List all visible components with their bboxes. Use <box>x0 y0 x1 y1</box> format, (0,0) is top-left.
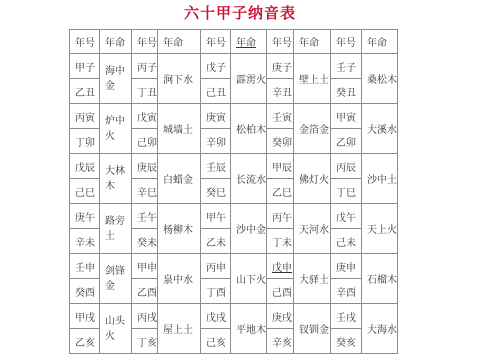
nayin-cell: 杨柳木 <box>158 204 201 254</box>
year-cell: 丁未 <box>267 229 294 254</box>
year-cell: 乙亥 <box>70 329 100 354</box>
year-cell: 戊寅 <box>132 104 158 129</box>
nayin-cell: 大溪水 <box>362 104 398 154</box>
nayin-cell: 大海水 <box>362 304 398 354</box>
nayin-text-line1: 剑锋 <box>105 266 125 277</box>
nayin-text-line1: 路旁 <box>105 216 125 227</box>
nayin-cell: 桑松木 <box>362 54 398 104</box>
year-cell: 辛酉 <box>331 279 362 304</box>
nayin-cell: 长流水 <box>231 154 267 204</box>
year-cell: 丁亥 <box>132 329 158 354</box>
year-cell: 己丑 <box>201 79 231 104</box>
nayin-cell: 壁上土 <box>294 54 331 104</box>
nayin-cell: 路旁土 <box>100 204 132 254</box>
nayin-text-line1: 炉中 <box>105 116 125 127</box>
year-cell: 己卯 <box>132 129 158 154</box>
nayin-cell: 屋上土 <box>158 304 201 354</box>
year-cell: 丁酉 <box>201 279 231 304</box>
nayin-cell: 霹雳火 <box>231 54 267 104</box>
year-cell: 辛卯 <box>201 129 231 154</box>
nayin-text-line2: 土 <box>105 231 115 242</box>
table-row: 丙寅炉中火戊寅城墙土庚寅松柏木壬寅金箔金甲寅大溪水 <box>70 104 398 129</box>
table-row: 壬申剑锋金甲申泉中水丙申山下火戊申大驿土庚申石榴木 <box>70 254 398 279</box>
year-cell: 庚辰 <box>132 154 158 179</box>
year-cell: 乙丑 <box>70 79 100 104</box>
year-cell: 甲戌 <box>70 304 100 329</box>
nayin-cell: 大林木 <box>100 154 132 204</box>
year-cell: 戊申 <box>267 254 294 279</box>
page-title: 六十甲子纳音表 <box>0 2 480 23</box>
nayin-cell: 沙中土 <box>362 154 398 204</box>
year-cell: 乙卯 <box>331 129 362 154</box>
year-cell: 辛未 <box>70 229 100 254</box>
nayin-text-line1: 海中 <box>105 66 125 77</box>
nayin-cell: 剑锋金 <box>100 254 132 304</box>
year-cell: 癸丑 <box>331 79 362 104</box>
year-cell: 己未 <box>331 229 362 254</box>
year-cell: 壬辰 <box>201 154 231 179</box>
nayin-cell: 石榴木 <box>362 254 398 304</box>
nayin-cell: 沙中金 <box>231 204 267 254</box>
year-cell: 丁巳 <box>331 179 362 204</box>
year-cell: 戊子 <box>201 54 231 79</box>
year-cell: 己巳 <box>70 179 100 204</box>
year-cell: 壬寅 <box>267 104 294 129</box>
nayin-cell: 山下火 <box>231 254 267 304</box>
nayin-cell: 泉中水 <box>158 254 201 304</box>
nayin-cell: 钗钏金 <box>294 304 331 354</box>
year-cell: 癸未 <box>132 229 158 254</box>
nayin-cell: 山头火 <box>100 304 132 354</box>
nayin-text-line2: 金 <box>105 281 115 292</box>
nayin-text-line2: 木 <box>105 181 115 192</box>
nayin-table: 年号 年命 年号 年命 年号 年命 年号 年命 年号 年命 甲子海中金丙子涧下水… <box>69 29 398 354</box>
nayin-cell: 金箔金 <box>294 104 331 154</box>
nayin-cell: 城墙土 <box>158 104 201 154</box>
nayin-text-line1: 山头 <box>105 316 125 327</box>
year-cell: 癸亥 <box>331 329 362 354</box>
year-cell: 庚戌 <box>267 304 294 329</box>
table-row: 庚午路旁土壬午杨柳木甲午沙中金丙午天河水戊午天上火 <box>70 204 398 229</box>
header-fate: 年命 <box>231 30 267 54</box>
year-cell: 辛丑 <box>267 79 294 104</box>
nayin-cell: 炉中火 <box>100 104 132 154</box>
nayin-cell: 平地木 <box>231 304 267 354</box>
nayin-cell: 大驿土 <box>294 254 331 304</box>
year-cell: 丙戌 <box>132 304 158 329</box>
year-cell: 癸酉 <box>70 279 100 304</box>
year-cell: 壬子 <box>331 54 362 79</box>
year-cell: 庚申 <box>331 254 362 279</box>
year-cell: 戊午 <box>331 204 362 229</box>
year-cell: 甲辰 <box>267 154 294 179</box>
year-cell: 壬申 <box>70 254 100 279</box>
nayin-cell: 涧下水 <box>158 54 201 104</box>
nayin-cell: 松柏木 <box>231 104 267 154</box>
year-cell: 戊戌 <box>201 304 231 329</box>
year-cell: 丙子 <box>132 54 158 79</box>
year-cell: 甲寅 <box>331 104 362 129</box>
year-cell: 辛亥 <box>267 329 294 354</box>
year-cell: 甲申 <box>132 254 158 279</box>
year-cell: 乙未 <box>201 229 231 254</box>
header-fate: 年命 <box>294 30 331 54</box>
table-row: 甲戌山头火丙戌屋上土戊戌平地木庚戌钗钏金壬戌大海水 <box>70 304 398 329</box>
header-year: 年号 <box>331 30 362 54</box>
year-cell: 乙巳 <box>267 179 294 204</box>
year-cell: 庚寅 <box>201 104 231 129</box>
year-cell: 丙辰 <box>331 154 362 179</box>
nayin-text-line2: 火 <box>105 131 115 142</box>
year-cell: 甲子 <box>70 54 100 79</box>
header-fate: 年命 <box>100 30 132 54</box>
header-row: 年号 年命 年号 年命 年号 年命 年号 年命 年号 年命 <box>70 30 398 54</box>
year-cell: 甲午 <box>201 204 231 229</box>
year-cell: 己亥 <box>201 329 231 354</box>
year-cell: 癸卯 <box>267 129 294 154</box>
year-cell: 丙午 <box>267 204 294 229</box>
year-cell: 丁卯 <box>70 129 100 154</box>
year-cell: 丙申 <box>201 254 231 279</box>
header-fate: 年命 <box>158 30 201 54</box>
table-row: 甲子海中金丙子涧下水戊子霹雳火庚子壁上土壬子桑松木 <box>70 54 398 79</box>
year-cell: 乙酉 <box>132 279 158 304</box>
year-cell: 壬戌 <box>331 304 362 329</box>
nayin-cell: 天河水 <box>294 204 331 254</box>
nayin-cell: 佛灯火 <box>294 154 331 204</box>
nayin-text-line2: 金 <box>105 81 115 92</box>
nayin-cell: 天上火 <box>362 204 398 254</box>
year-cell: 庚子 <box>267 54 294 79</box>
header-year: 年号 <box>70 30 100 54</box>
header-year: 年号 <box>201 30 231 54</box>
year-cell: 戊辰 <box>70 154 100 179</box>
header-year: 年号 <box>132 30 158 54</box>
year-cell: 庚午 <box>70 204 100 229</box>
header-fate: 年命 <box>362 30 398 54</box>
nayin-text-line2: 火 <box>105 331 115 342</box>
nayin-cell: 海中金 <box>100 54 132 104</box>
year-cell: 辛巳 <box>132 179 158 204</box>
nayin-cell: 白蜡金 <box>158 154 201 204</box>
year-cell: 丙寅 <box>70 104 100 129</box>
year-cell: 己酉 <box>267 279 294 304</box>
year-cell: 壬午 <box>132 204 158 229</box>
header-year: 年号 <box>267 30 294 54</box>
nayin-text-line1: 大林 <box>105 166 125 177</box>
year-cell: 癸巳 <box>201 179 231 204</box>
year-cell: 丁丑 <box>132 79 158 104</box>
table-row: 戊辰大林木庚辰白蜡金壬辰长流水甲辰佛灯火丙辰沙中土 <box>70 154 398 179</box>
